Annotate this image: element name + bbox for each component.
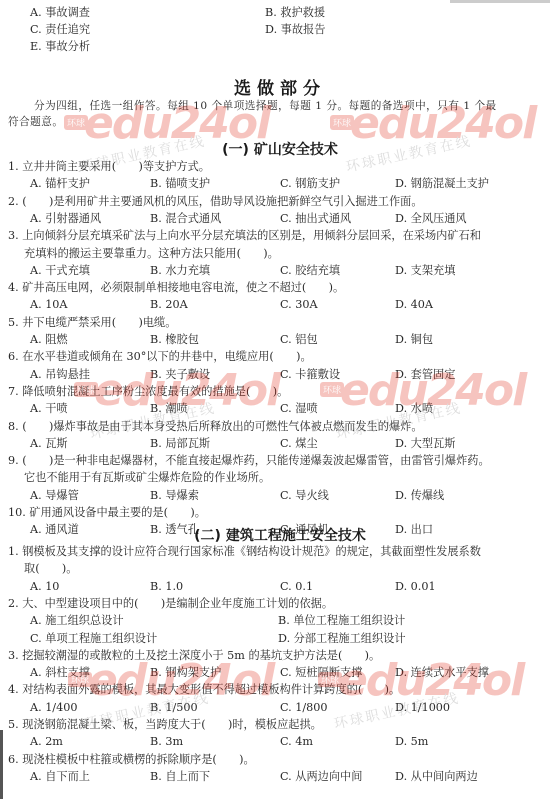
answer-option: B. 混合式通风 xyxy=(150,212,221,226)
answer-option: A. 导爆管 xyxy=(30,489,79,503)
answer-option: B. 钢构架支护 xyxy=(150,666,221,680)
question-stem: 3. 挖掘较潮湿的或散粒的土及挖土深度小于 5m 的基坑支护方法是( )。 xyxy=(8,649,380,663)
answer-option: B. 夹子敷设 xyxy=(150,368,210,382)
watermark-badge: 环球 xyxy=(330,115,354,130)
question-stem: 1. 钢模板及其支撑的设计应符合现行国家标准《钢结构设计规范》的规定，其截面塑性… xyxy=(8,545,481,559)
question-stem: 3. 上向倾斜分层充填采矿法与上向水平分层充填法的区别是，用倾斜分层回采，在采场… xyxy=(8,229,481,243)
answer-option: D. 40A xyxy=(395,298,433,312)
answer-option: A. 10 xyxy=(30,580,59,594)
answer-option: D. 1/1000 xyxy=(395,701,450,715)
answer-option: A. 瓦斯 xyxy=(30,437,68,451)
answer-option: B. 1.0 xyxy=(150,580,183,594)
answer-option: A. 吊钩悬挂 xyxy=(30,368,90,382)
question-stem: 2. 大、中型建设项目中的( )是编制企业年度施工计划的依据。 xyxy=(8,597,333,611)
answer-option: B. 单位工程施工组织设计 xyxy=(278,614,405,628)
question-stem: 10. 矿用通风设备中最主要的是( )。 xyxy=(8,506,206,520)
answer-option: A. 10A xyxy=(30,298,68,312)
answer-option: B. 3m xyxy=(150,735,183,749)
option: A. 事故调查 xyxy=(30,6,90,20)
answer-option: B. 潮喷 xyxy=(150,402,188,416)
answer-option: A. 2m xyxy=(30,735,63,749)
answer-option: A. 施工组织总设计 xyxy=(30,614,124,628)
answer-option: D. 大型瓦斯 xyxy=(395,437,455,451)
intro-line-1: 分为四组，任选一组作答。每组 10 个单项选择题，每题 1 分。每题的备选项中，… xyxy=(34,99,497,113)
question-stem: 5. 井下电缆严禁采用( )电缆。 xyxy=(8,316,176,330)
answer-option: C. 从两边向中间 xyxy=(280,770,362,784)
answer-option: C. 30A xyxy=(280,298,318,312)
option: C. 责任追究 xyxy=(30,23,90,37)
answer-option: C. 胶结充填 xyxy=(280,264,340,278)
answer-option: C. 卡箍敷设 xyxy=(280,368,340,382)
question-stem: 1. 立井井筒主要采用( )等支护方式。 xyxy=(8,160,210,174)
exam-page: A. 事故调查 B. 救护救援 C. 责任追究 D. 事故报告 E. 事故分析 … xyxy=(0,0,560,799)
question-stem: 8. ( )爆炸事故是由于其本身受热后所释放出的可燃性气体被点燃而发生的爆炸。 xyxy=(8,420,423,434)
question-stem: 取( )。 xyxy=(24,562,77,576)
answer-option: C. 导火线 xyxy=(280,489,329,503)
answer-option: C. 4m xyxy=(280,735,313,749)
answer-option: D. 5m xyxy=(395,735,428,749)
answer-option: B. 水力充填 xyxy=(150,264,210,278)
answer-option: A. 1/400 xyxy=(30,701,77,715)
answer-option: D. 铜包 xyxy=(395,333,433,347)
answer-option: C. 抽出式通风 xyxy=(280,212,351,226)
answer-option: B. 自上而下 xyxy=(150,770,210,784)
answer-option: B. 20A xyxy=(150,298,188,312)
section-title: 选做部分 xyxy=(0,74,560,99)
intro-line-2: 符合题意。 xyxy=(8,115,63,129)
answer-option: D. 从中间向两边 xyxy=(395,770,478,784)
group-title-mining: (一) 矿山安全技术 xyxy=(0,139,560,159)
answer-option: C. 煤尘 xyxy=(280,437,318,451)
answer-option: B. 导爆索 xyxy=(150,489,199,503)
answer-option: A. 阻燃 xyxy=(30,333,68,347)
option: D. 事故报告 xyxy=(265,23,325,37)
answer-option: C. 0.1 xyxy=(280,580,313,594)
answer-option: B. 1/500 xyxy=(150,701,198,715)
question-stem: 5. 现浇钢筋混凝土梁、板，当跨度大于( )时，模板应起拱。 xyxy=(8,718,322,732)
answer-option: C. 单项工程施工组织设计 xyxy=(30,632,157,646)
answer-option: D. 连续式水平支撑 xyxy=(395,666,489,680)
question-stem: 9. ( )是一种非电起爆器材，不能直接起爆炸药，只能传递爆轰波起爆雷管，由雷管… xyxy=(8,454,490,468)
question-stem: 4. 矿井高压电网，必须限制单相接地电容电流，使之不超过( )。 xyxy=(8,281,344,295)
answer-option: D. 分部工程施工组织设计 xyxy=(278,632,406,646)
question-stem: 4. 对结构表面外露的模板，其最大变形值不得超过模板构件计算跨度的( )。 xyxy=(8,683,400,697)
answer-option: D. 全风压通风 xyxy=(395,212,467,226)
answer-option: A. 引射器通风 xyxy=(30,212,101,226)
answer-option: D. 传爆线 xyxy=(395,489,444,503)
question-stem: 2. ( )是利用矿井主要通风机的风压，借助导风设施把新鲜空气引入掘进工作面。 xyxy=(8,195,423,209)
scan-edge-shadow xyxy=(0,730,3,799)
question-stem: 7. 降低喷射混凝土工序粉尘浓度最有效的措施是( )。 xyxy=(8,385,288,399)
answer-option: D. 钢筋混凝土支护 xyxy=(395,177,489,191)
answer-option: B. 橡胶包 xyxy=(150,333,199,347)
answer-option: A. 干式充填 xyxy=(30,264,90,278)
option: E. 事故分析 xyxy=(30,40,90,54)
answer-option: D. 0.01 xyxy=(395,580,436,594)
question-stem: 6. 在水平巷道或倾角在 30°以下的井巷中，电缆应用( )。 xyxy=(8,350,312,364)
watermark-badge: 环球 xyxy=(64,115,88,130)
answer-option: C. 铝包 xyxy=(280,333,318,347)
answer-option: A. 斜柱支撑 xyxy=(30,666,90,680)
question-stem: 充填料的搬运主要靠重力。这种方法只能用( )。 xyxy=(24,247,279,261)
option: B. 救护救援 xyxy=(265,6,325,20)
answer-option: B. 局部瓦斯 xyxy=(150,437,210,451)
group-title-construction: (二) 建筑工程施工安全技术 xyxy=(0,525,560,545)
scan-artifact xyxy=(450,0,550,3)
answer-option: A. 自下而上 xyxy=(30,770,90,784)
answer-option: D. 水喷 xyxy=(395,402,433,416)
answer-option: A. 锚杆支护 xyxy=(30,177,90,191)
answer-option: C. 1/800 xyxy=(280,701,328,715)
answer-option: D. 支架充填 xyxy=(395,264,455,278)
answer-option: B. 锚喷支护 xyxy=(150,177,210,191)
question-stem: 6. 现浇柱模板中柱箍或横楞的拆除顺序是( )。 xyxy=(8,753,255,767)
answer-option: C. 短桩隔断支撑 xyxy=(280,666,362,680)
answer-option: C. 钢筋支护 xyxy=(280,177,340,191)
question-stem: 它也不能用于有瓦斯或矿尘爆炸危险的作业场所。 xyxy=(24,471,270,485)
answer-option: D. 套管固定 xyxy=(395,368,455,382)
answer-option: C. 湿喷 xyxy=(280,402,318,416)
answer-option: A. 干喷 xyxy=(30,402,68,416)
watermark-badge: 环球 xyxy=(320,382,344,397)
